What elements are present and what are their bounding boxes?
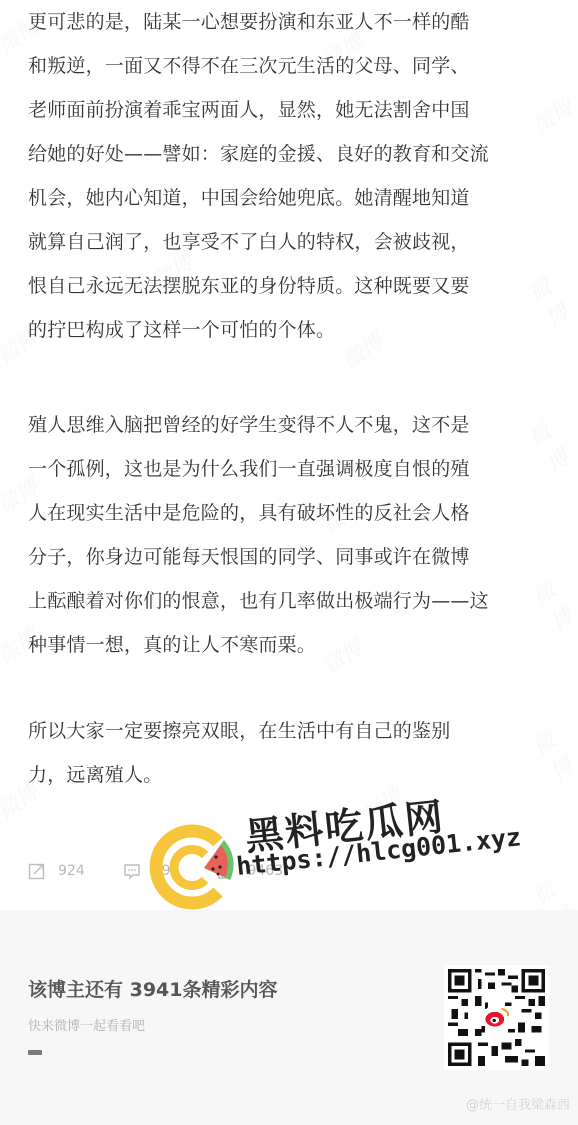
weibo-watermark: 微博 [525,90,578,141]
repost-count: 924 [58,863,85,879]
weibo-article-page: 微博 微博 微博 微博 微博 微博 微博 微博 微博 微博 微博 微博 微博 微… [0,0,578,1125]
text-line: 的拧巴构成了这样一个可怕的个体。 [28,308,489,352]
repost-button[interactable]: 924 [28,862,85,880]
weibo-qr-code[interactable] [444,965,549,1070]
paragraph-1: 更可悲的是，陆某一心想要扮演和东亚人不一样的酷 和叛逆，一面又不得不在三次元生活… [28,0,489,352]
text-line: 就算自己润了，也享受不了白人的特权，会被歧视， [28,220,489,264]
comment-icon [123,862,141,880]
text-line: 老师面前扮演着乖宝两面人，显然，她无法割舍中国 [28,88,489,132]
watermelon-logo-icon [148,822,236,910]
author-watermark: @统一自我梁森西 [466,1094,570,1113]
paragraph-2: 殖人思维入脑把曾经的好学生变得不人不鬼，这不是 一个孤例，这也是为什么我们一直强… [28,403,489,667]
paragraph-3: 所以大家一定要擦亮双眼，在生活中有自己的鉴别 力，远离殖人。 [28,709,450,797]
weibo-watermark: 微博 [526,715,578,788]
promo-subtitle: 快来微博一起看看吧 [28,1015,145,1034]
weibo-watermark: 微博 [521,258,578,333]
text-line: 给她的好处——譬如：家庭的金援、良好的教育和交流 [28,132,489,176]
text-line: 和叛逆，一面又不得不在三次元生活的父母、同学、 [28,44,489,88]
divider [28,1050,42,1055]
text-line: 殖人思维入脑把曾经的好学生变得不人不鬼，这不是 [28,403,489,447]
text-line: 人在现实生活中是危险的，具有破坏性的反社会人格 [28,491,489,535]
text-line: 一个孤例，这也是为什么我们一直强调极度自恨的殖 [28,447,489,491]
text-line: 分子，你身边可能每天恨国的同学、同事或许在微博 [28,535,489,579]
weibo-watermark: 微博 [526,565,578,638]
text-line: 更可悲的是，陆某一心想要扮演和东亚人不一样的酷 [28,0,489,44]
text-line: 恨自己永远无法摆脱东亚的身份特质。这种既要又要 [28,264,489,308]
promo-title: 该博主还有 3941条精彩内容 [28,975,278,1002]
text-line: 所以大家一定要擦亮双眼，在生活中有自己的鉴别 [28,709,450,753]
qr-code-icon [448,969,545,1066]
repost-icon [28,862,46,880]
text-line: 机会，她内心知道，中国会给她兜底。她清醒地知道 [28,176,489,220]
author-promo-footer: 该博主还有 3941条精彩内容 快来微博一起看看吧 [0,910,578,1125]
text-line: 种事情一想，真的让人不寒而栗。 [28,623,489,667]
weibo-watermark: 微博 [521,403,578,478]
text-line: 上酝酿着对你们的恨意，也有几率做出极端行为——这 [28,579,489,623]
